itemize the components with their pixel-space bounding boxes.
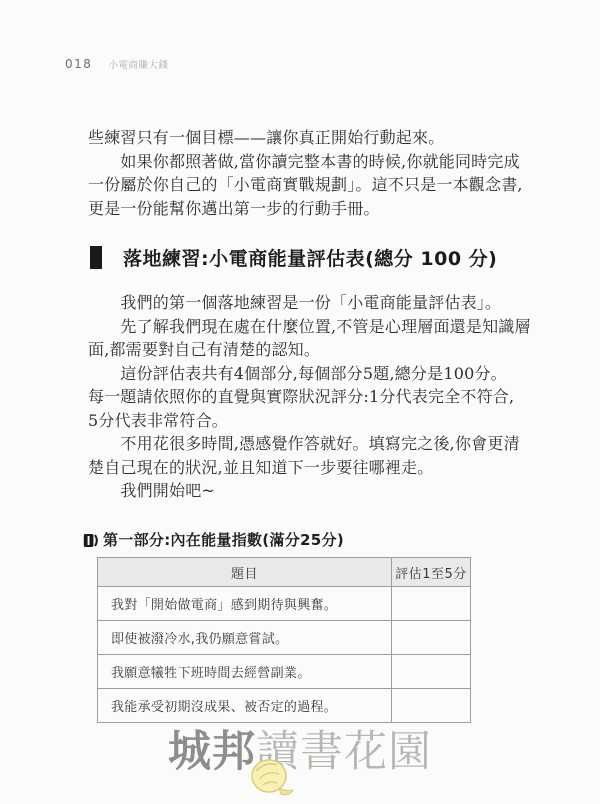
section-body: 我們的第一個落地練習是一份「小電商能量評估表」。 先了解我們現在處在什麼位置,不… <box>88 291 512 503</box>
book-page: 018 小電商賺大錢 些練習只有一個目標——讓你真正開始行動起來。 如果你都照著… <box>0 0 600 804</box>
text-line: 些練習只有一個目標——讓你真正開始行動起來。 <box>88 126 512 150</box>
column-header-score: 評估1至5分 <box>392 558 471 587</box>
text-line: 不用花很多時間,憑感覺作答就好。填寫完之後,你會更清 <box>88 432 512 456</box>
text-line: 面,都需要對自己有清楚的認知。 <box>88 338 512 362</box>
battery-icon <box>83 532 99 549</box>
publisher-watermark: 城邦讀書花園 <box>0 726 600 778</box>
table-row: 我對「開始做電商」感到期待與興奮。 <box>98 587 471 621</box>
text-line: 我們的第一個落地練習是一份「小電商能量評估表」。 <box>88 291 512 315</box>
text-line: 如果你都照著做,當你讀完整本書的時候,你就能同時完成 <box>88 150 512 174</box>
question-text: 我對「開始做電商」感到期待與興奮。 <box>98 587 392 621</box>
text-line: 一份屬於你自己的「小電商實戰規劃」。這不只是一本觀念書, <box>88 173 512 197</box>
column-header-question: 題目 <box>98 558 392 587</box>
watermark-brand: 城邦 <box>168 727 256 777</box>
score-cell <box>392 655 471 689</box>
table-row: 即使被潑冷水,我仍願意嘗試。 <box>98 621 471 655</box>
heading-bar-marker <box>90 246 102 269</box>
section-heading: 落地練習:小電商能量評估表(總分 100 分) <box>90 244 497 271</box>
book-title: 小電商賺大錢 <box>108 57 168 71</box>
text-line: 楚自己現在的狀況,並且知道下一步要往哪裡走。 <box>88 456 512 480</box>
text-line: 5分代表非常符合。 <box>88 409 512 433</box>
text-line: 先了解我們現在處在什麼位置,不管是心理層面還是知識層 <box>88 315 512 339</box>
page-header: 018 小電商賺大錢 <box>65 57 168 71</box>
text-line: 我們開始吧~ <box>88 479 512 503</box>
table-row: 我願意犧牲下班時間去經營副業。 <box>98 655 471 689</box>
subsection-heading: 第一部分:內在能量指數(滿分25分) <box>83 529 344 550</box>
page-number: 018 <box>65 57 92 71</box>
assessment-table: 題目 評估1至5分 我對「開始做電商」感到期待與興奮。 即使被潑冷水,我仍願意嘗… <box>97 557 471 723</box>
score-cell <box>392 689 471 723</box>
text-line: 每一題請依照你的直覺與實際狀況評分:1分代表完全不符合, <box>88 385 512 409</box>
score-cell <box>392 587 471 621</box>
question-text: 我願意犧牲下班時間去經營副業。 <box>98 655 392 689</box>
table-row: 我能承受初期沒成果、被否定的過程。 <box>98 689 471 723</box>
section-title: 落地練習:小電商能量評估表(總分 100 分) <box>123 244 497 271</box>
text-line: 這份評估表共有4個部分,每個部分5題,總分是100分。 <box>88 362 512 386</box>
mascot-chick-icon <box>248 755 298 803</box>
text-line: 更是一份能幫你邁出第一步的行動手冊。 <box>88 197 512 221</box>
table-header-row: 題目 評估1至5分 <box>98 558 471 587</box>
question-text: 我能承受初期沒成果、被否定的過程。 <box>98 689 392 723</box>
subsection-title: 第一部分:內在能量指數(滿分25分) <box>103 529 344 550</box>
question-text: 即使被潑冷水,我仍願意嘗試。 <box>98 621 392 655</box>
intro-paragraph: 些練習只有一個目標——讓你真正開始行動起來。 如果你都照著做,當你讀完整本書的時… <box>88 126 512 220</box>
score-cell <box>392 621 471 655</box>
